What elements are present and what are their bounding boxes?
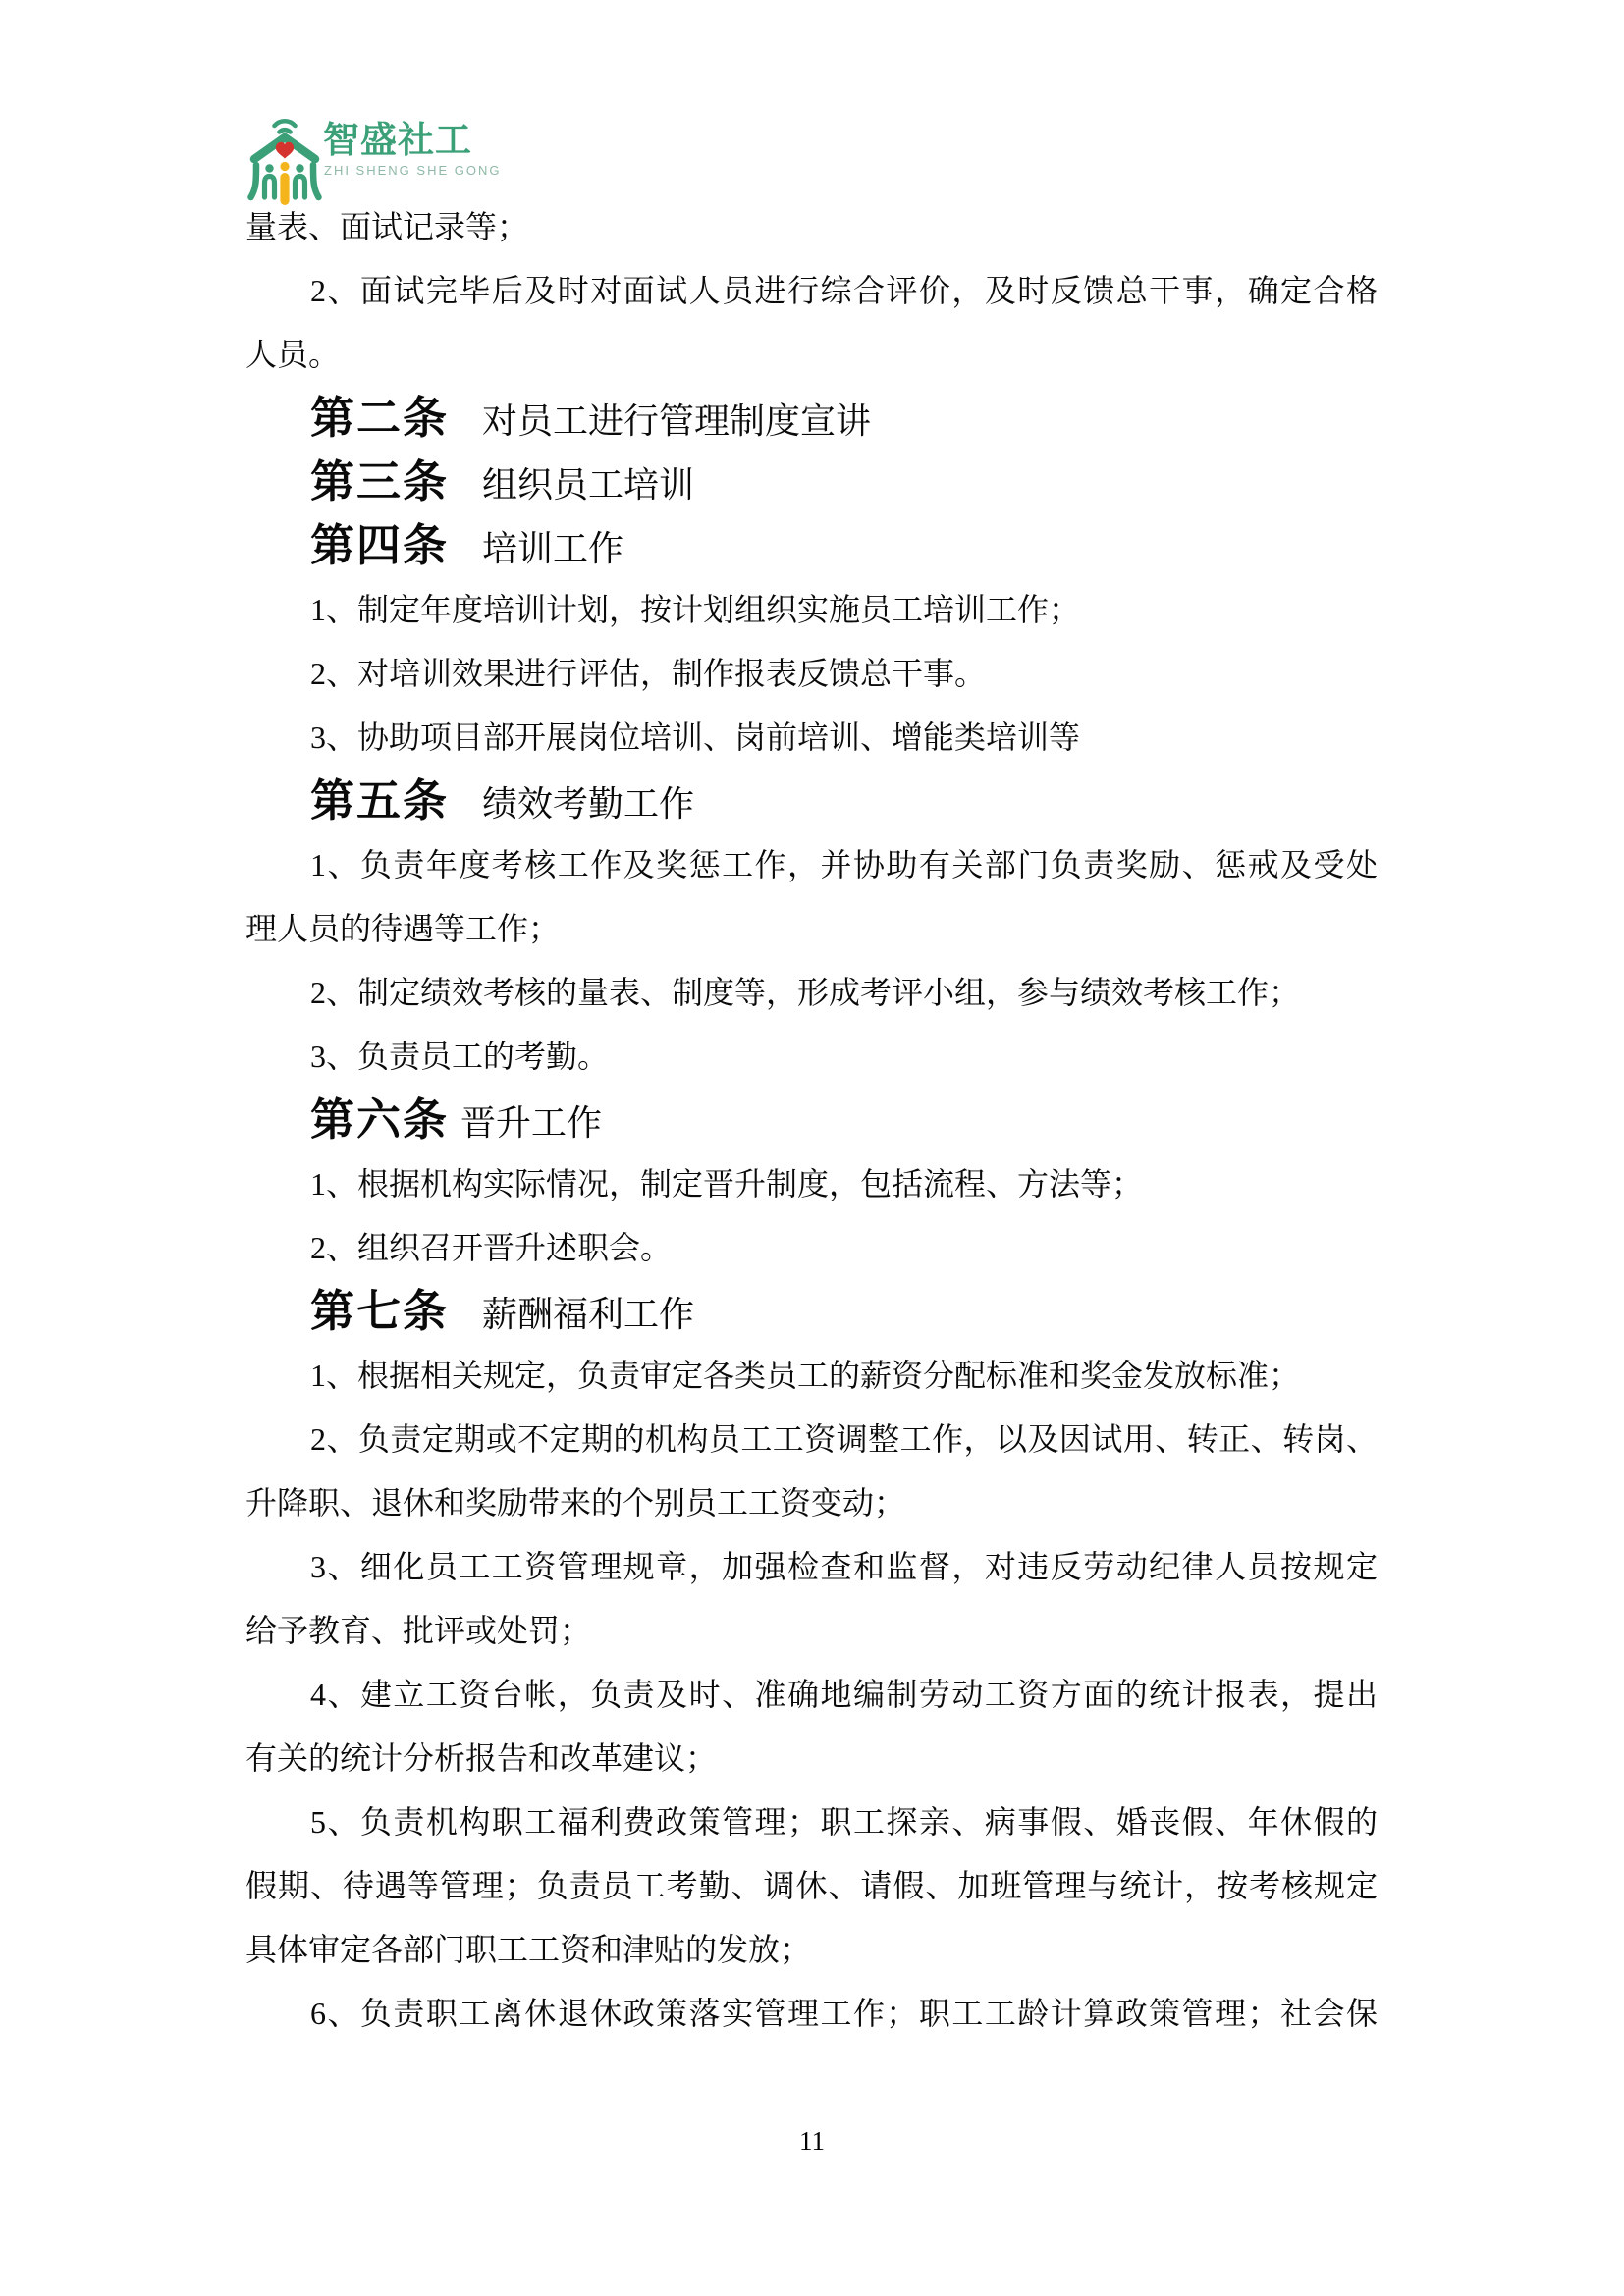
page-number: 11: [0, 2125, 1624, 2157]
article-heading: 第四条培训工作: [245, 514, 1378, 578]
person-middle-head: [280, 162, 289, 171]
article-heading-title: 绩效考勤工作: [482, 784, 694, 824]
logo-subtitle: ZHI SHENG SHE GONG: [324, 163, 501, 178]
wall-left: [251, 165, 257, 197]
heart: [276, 142, 294, 159]
text-line: 理人员的待遇等工作；: [245, 897, 1378, 961]
article-heading: 第七条薪酬福利工作: [245, 1280, 1378, 1344]
article-heading-title: 晋升工作: [460, 1103, 602, 1143]
text-line: 5、负责机构职工福利费政策管理；职工探亲、病事假、婚丧假、年休假的: [245, 1790, 1378, 1854]
wall-right: [313, 165, 319, 197]
article-heading: 第三条组织员工培训: [245, 451, 1378, 514]
wifi-arc-inner: [280, 130, 291, 132]
person-right-head: [296, 164, 303, 172]
article-heading: 第五条绩效考勤工作: [245, 770, 1378, 833]
article-heading-label: 第二条: [310, 394, 449, 443]
text-line: 3、负责员工的考勤。: [245, 1025, 1378, 1089]
article-heading-label: 第五条: [310, 776, 449, 826]
person-right-body: [296, 177, 305, 198]
article-heading-label: 第七条: [310, 1287, 449, 1336]
text-line: 4、建立工资台帐，负责及时、准确地编制劳动工资方面的统计报表，提出: [245, 1663, 1378, 1727]
text-line: 2、组织召开晋升述职会。: [245, 1216, 1378, 1280]
wifi-arc-outer: [275, 121, 296, 126]
text-line: 具体审定各部门职工工资和津贴的发放；: [245, 1918, 1378, 1982]
text-line: 给予教育、批评或处罚；: [245, 1599, 1378, 1663]
article-heading-title: 薪酬福利工作: [482, 1295, 694, 1334]
article-heading-title: 组织员工培训: [482, 465, 694, 505]
person-left-head: [265, 164, 273, 172]
text-line: 有关的统计分析报告和改革建议；: [245, 1727, 1378, 1790]
article-heading-title: 对员工进行管理制度宣讲: [482, 401, 871, 441]
text-line: 1、负责年度考核工作及奖惩工作，并协助有关部门负责奖励、惩戒及受处: [245, 833, 1378, 897]
logo-house-icon: [246, 109, 323, 206]
text-line: 量表、面试记录等；: [245, 195, 1378, 259]
text-line: 3、协助项目部开展岗位培训、岗前培训、增能类培训等: [245, 706, 1378, 770]
text-line: 1、根据相关规定，负责审定各类员工的薪资分配标准和奖金发放标准；: [245, 1344, 1378, 1408]
document-body: 量表、面试记录等；2、面试完毕后及时对面试人员进行综合评价，及时反馈总干事，确定…: [245, 195, 1378, 2046]
document-page: 智盛社工 ZHI SHENG SHE GONG 量表、面试记录等；2、面试完毕后…: [0, 0, 1624, 2296]
article-heading-label: 第三条: [310, 457, 449, 507]
article-heading: 第六条晋升工作: [245, 1089, 1378, 1152]
article-heading-label: 第六条: [310, 1095, 449, 1145]
text-line: 2、面试完毕后及时对面试人员进行综合评价，及时反馈总干事，确定合格: [245, 259, 1378, 323]
text-line: 假期、待遇等管理；负责员工考勤、调休、请假、加班管理与统计，按考核规定: [245, 1854, 1378, 1918]
person-left-body: [265, 177, 275, 198]
text-line: 6、负责职工离休退休政策落实管理工作；职工工龄计算政策管理；社会保: [245, 1982, 1378, 2046]
text-line: 3、细化员工工资管理规章，加强检查和监督，对违反劳动纪律人员按规定: [245, 1535, 1378, 1599]
logo-name: 智盛社工: [323, 122, 472, 159]
text-line: 1、制定年度培训计划，按计划组织实施员工培训工作；: [245, 578, 1378, 642]
text-line: 1、根据机构实际情况，制定晋升制度，包括流程、方法等；: [245, 1152, 1378, 1216]
text-line: 2、对培训效果进行评估，制作报表反馈总干事。: [245, 642, 1378, 706]
text-line: 升降职、退休和奖励带来的个别员工工资变动；: [245, 1471, 1378, 1535]
article-heading-title: 培训工作: [482, 529, 623, 568]
text-line: 2、制定绩效考核的量表、制度等，形成考评小组，参与绩效考核工作；: [245, 961, 1378, 1025]
article-heading: 第二条对员工进行管理制度宣讲: [245, 387, 1378, 451]
article-heading-label: 第四条: [310, 521, 449, 570]
text-line: 2、负责定期或不定期的机构员工工资调整工作，以及因试用、转正、转岗、: [245, 1408, 1378, 1471]
text-line: 人员。: [245, 323, 1378, 387]
